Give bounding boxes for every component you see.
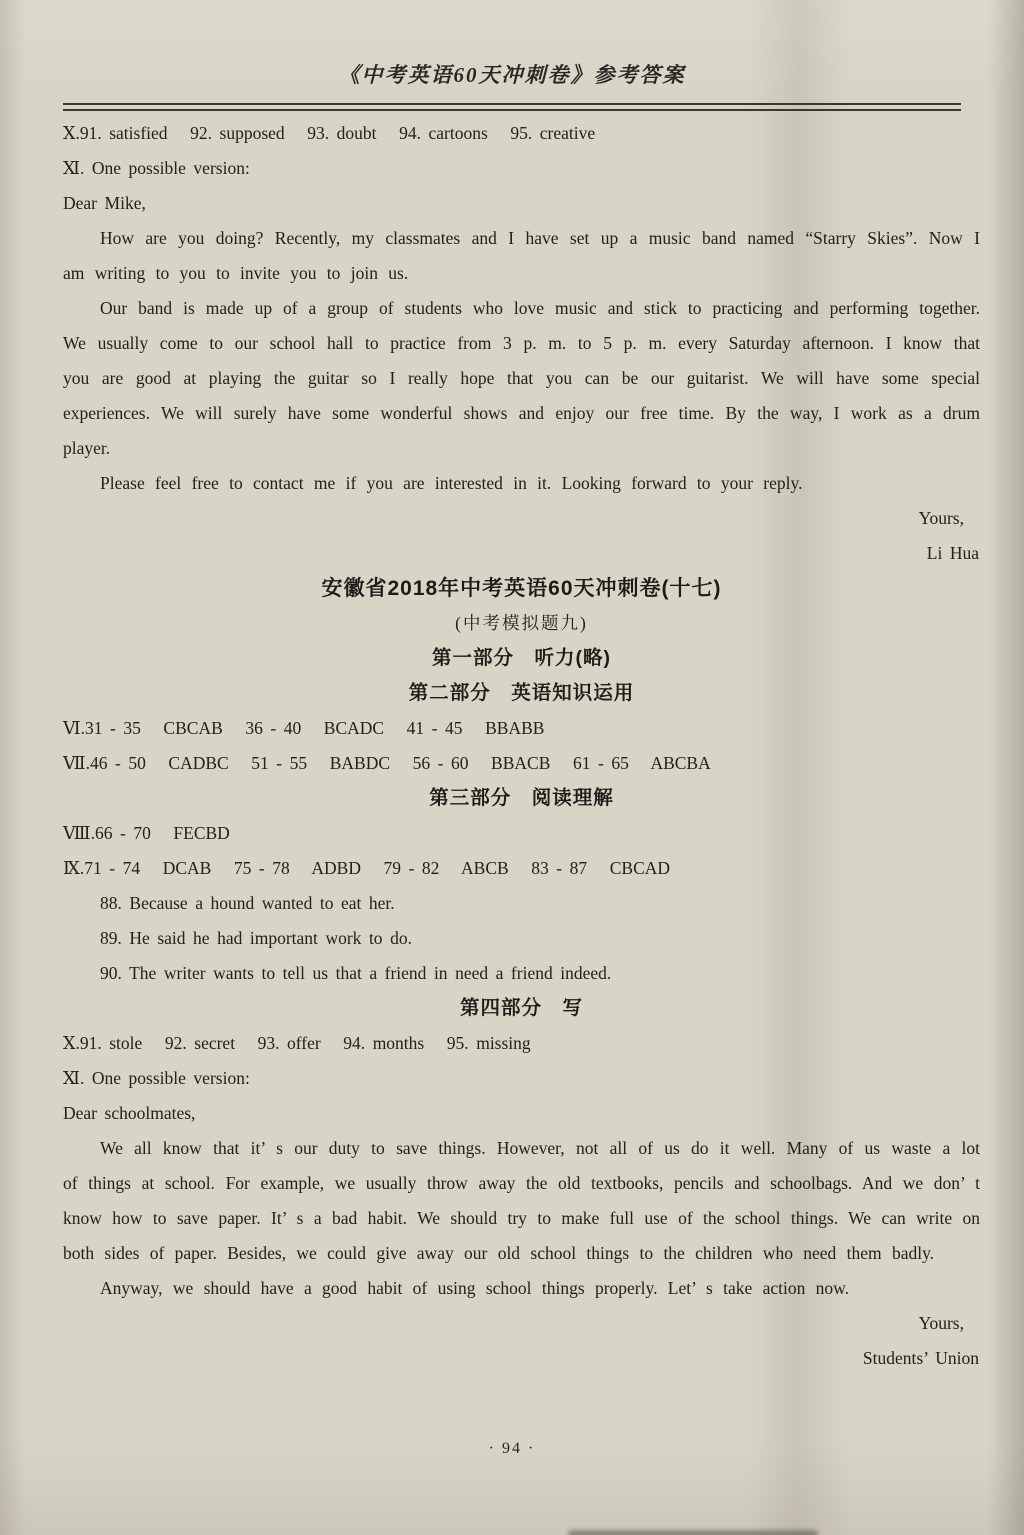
exam17-vi-line: Ⅵ.31 - 35 CBCAB 36 - 40 BCADC 41 - 45 BB… (63, 711, 980, 746)
exam17-part2-heading: 第二部分 英语知识运用 (63, 676, 980, 711)
letter2-signature: Students’ Union (63, 1341, 980, 1376)
letter1-salutation: Dear Mike, (63, 186, 980, 221)
exam17-part1-heading: 第一部分 听力(略) (63, 641, 980, 676)
letter2-paragraph-2: Anyway, we should have a good habit of u… (63, 1271, 980, 1306)
exam17-subtitle: (中考模拟题九) (63, 606, 980, 641)
page-number: · 94 · (0, 1440, 1024, 1458)
exam17-viii-line: Ⅷ.66 - 70 FECBD (63, 816, 980, 851)
exam17-part4-heading: 第四部分 写 (63, 991, 980, 1026)
letter1-signature: Li Hua (63, 536, 980, 571)
letter1-paragraph-1: How are you doing? Recently, my classmat… (63, 221, 980, 291)
exam16-x-vocab-line: Ⅹ.91. satisfied 92. supposed 93. doubt 9… (63, 116, 980, 151)
letter1-paragraph-2: Our band is made up of a group of studen… (63, 291, 980, 466)
scanned-answer-page: 《中考英语60天冲刺卷》参考答案 Ⅹ.91. satisfied 92. sup… (0, 0, 1024, 1535)
book-title: 《中考英语60天冲刺卷》参考答案 (0, 60, 1024, 90)
exam17-part3-heading: 第三部分 阅读理解 (63, 781, 980, 816)
header-divider (63, 103, 961, 111)
exam17-x-vocab-line: Ⅹ.91. stole 92. secret 93. offer 94. mon… (63, 1026, 980, 1061)
exam17-title: 安徽省2018年中考英语60天冲刺卷(十七) (63, 571, 980, 606)
letter1-closing: Yours, (63, 501, 980, 536)
scan-artifact (568, 1530, 818, 1535)
exam17-answer-89: 89. He said he had important work to do. (63, 921, 980, 956)
exam17-answer-88: 88. Because a hound wanted to eat her. (63, 886, 980, 921)
letter2-salutation: Dear schoolmates, (63, 1096, 980, 1131)
letter2-paragraph-1: We all know that it’ s our duty to save … (63, 1131, 980, 1271)
exam17-ix-line: Ⅸ.71 - 74 DCAB 75 - 78 ADBD 79 - 82 ABCB… (63, 851, 980, 886)
letter2-closing: Yours, (63, 1306, 980, 1341)
page-header: 《中考英语60天冲刺卷》参考答案 (0, 0, 1024, 111)
exam17-answer-90: 90. The writer wants to tell us that a f… (63, 956, 980, 991)
exam17-xi-line: Ⅺ. One possible version: (63, 1061, 980, 1096)
exam17-vii-line: Ⅶ.46 - 50 CADBC 51 - 55 BABDC 56 - 60 BB… (63, 746, 980, 781)
letter1-paragraph-3: Please feel free to contact me if you ar… (63, 466, 980, 501)
exam16-xi-line: Ⅺ. One possible version: (63, 151, 980, 186)
answer-content: Ⅹ.91. satisfied 92. supposed 93. doubt 9… (0, 116, 1024, 1376)
